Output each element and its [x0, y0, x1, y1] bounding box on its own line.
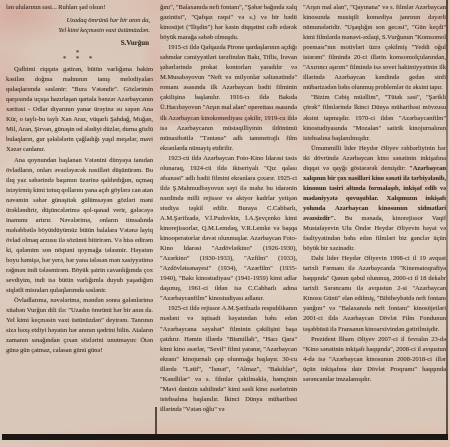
paragraph: 1923-cü ildə Azərbaycan Foto-Kino İdarəs… — [160, 154, 297, 305]
paragraph: Övladlarıma, nəvələrimə, məndən sonra gə… — [6, 296, 153, 356]
heydar-aliyev-quote: "Azərbaycan xalqının bir çox nəsilləri k… — [303, 165, 446, 222]
verse-line-2: Yel kimi keçməsin vaxt üstümüzdən. — [24, 26, 150, 36]
column-3: "Arşın mal alan", "Qayınana" və s. filml… — [303, 3, 446, 433]
paragraph-with-quote: Ümummilli lider Heydər Əliyev rəhbərliyi… — [303, 144, 446, 255]
paragraph: 1915-ci ildə Qafqazda Pirone qardaşların… — [160, 43, 297, 154]
author-signature: S.Vurğun — [6, 38, 153, 48]
asterisk-separator: * * * * — [6, 50, 153, 62]
paragraph: ğını", "Balaxanıda neft fontanı", "Şəhər… — [160, 3, 297, 43]
column-1-opening-line: lən ulularının səsi... Ruhları şad olsun… — [6, 3, 153, 13]
paragraph: Dahi lider Heydər Əliyevin 1998-ci il 19… — [303, 254, 446, 334]
paragraph: Ana qoynundan başlanan Vətənini dünyaya … — [6, 156, 153, 297]
asterisk-separator-bottom: * * * — [6, 56, 153, 62]
column-1: lən ulularının səsi... Ruhları şad olsun… — [6, 3, 153, 433]
paragraph: 1925-ci ildə rejissor A.M.Şərifzadə resp… — [160, 304, 297, 415]
column-2: ğını", "Balaxanıda neft fontanı", "Şəhər… — [160, 3, 297, 433]
page-edge-rule — [446, 0, 448, 434]
paragraph: Prezident İlham Əliyev 2007-ci il fevral… — [303, 335, 446, 385]
paragraph: "Bizim Cəbiş müəllim", "Tütək səsi", "Şə… — [303, 93, 446, 143]
scanned-newspaper-page: lən ulularının səsi... Ruhları şad olsun… — [0, 0, 450, 447]
bottom-rule — [2, 434, 448, 440]
paragraph: "Arşın mal alan", "Qayınana" və s. filml… — [303, 3, 446, 93]
verse-line-1: Uzadaq ömrünü hər bir anın da, — [24, 16, 150, 26]
verse-quote: Uzadaq ömrünü hər bir anın da, Yel kimi … — [24, 16, 153, 36]
column-divider-rule — [155, 407, 157, 434]
paragraph: Qəlbimi riqqətə gətirən, bütün varlığıma… — [6, 65, 153, 155]
